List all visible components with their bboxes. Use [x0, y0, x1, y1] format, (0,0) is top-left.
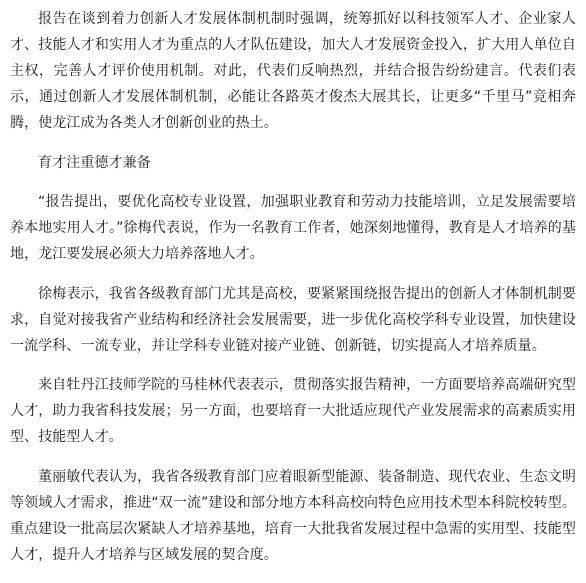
paragraph-ma-guilin: 来自牡丹江技师学院的马桂林代表表示，贯彻落实报告精神，一方面要培养高端研究型人才…	[10, 372, 576, 450]
paragraph-dong-limin: 董丽敏代表认为，我省各级教育部门应着眼新型能源、装备制造、现代农业、生态文明等领…	[10, 464, 576, 568]
paragraph-xu-mei-quote: “报告提出，要优化高校专业设置，加强职业教育和劳动力技能培训，立足发展需要培养本…	[10, 189, 576, 267]
paragraph-xu-mei-statement: 徐梅表示，我省各级教育部门尤其是高校，要紧紧围绕报告提出的创新人才体制机制要求，…	[10, 281, 576, 359]
section-subheading: 育才注重德才兼备	[10, 150, 576, 176]
article-body: 报告在谈到着力创新人才发展体制机制时强调，统筹抓好以科技领军人才、企业家人才、技…	[0, 0, 586, 568]
paragraph-intro: 报告在谈到着力创新人才发展体制机制时强调，统筹抓好以科技领军人才、企业家人才、技…	[10, 6, 576, 136]
